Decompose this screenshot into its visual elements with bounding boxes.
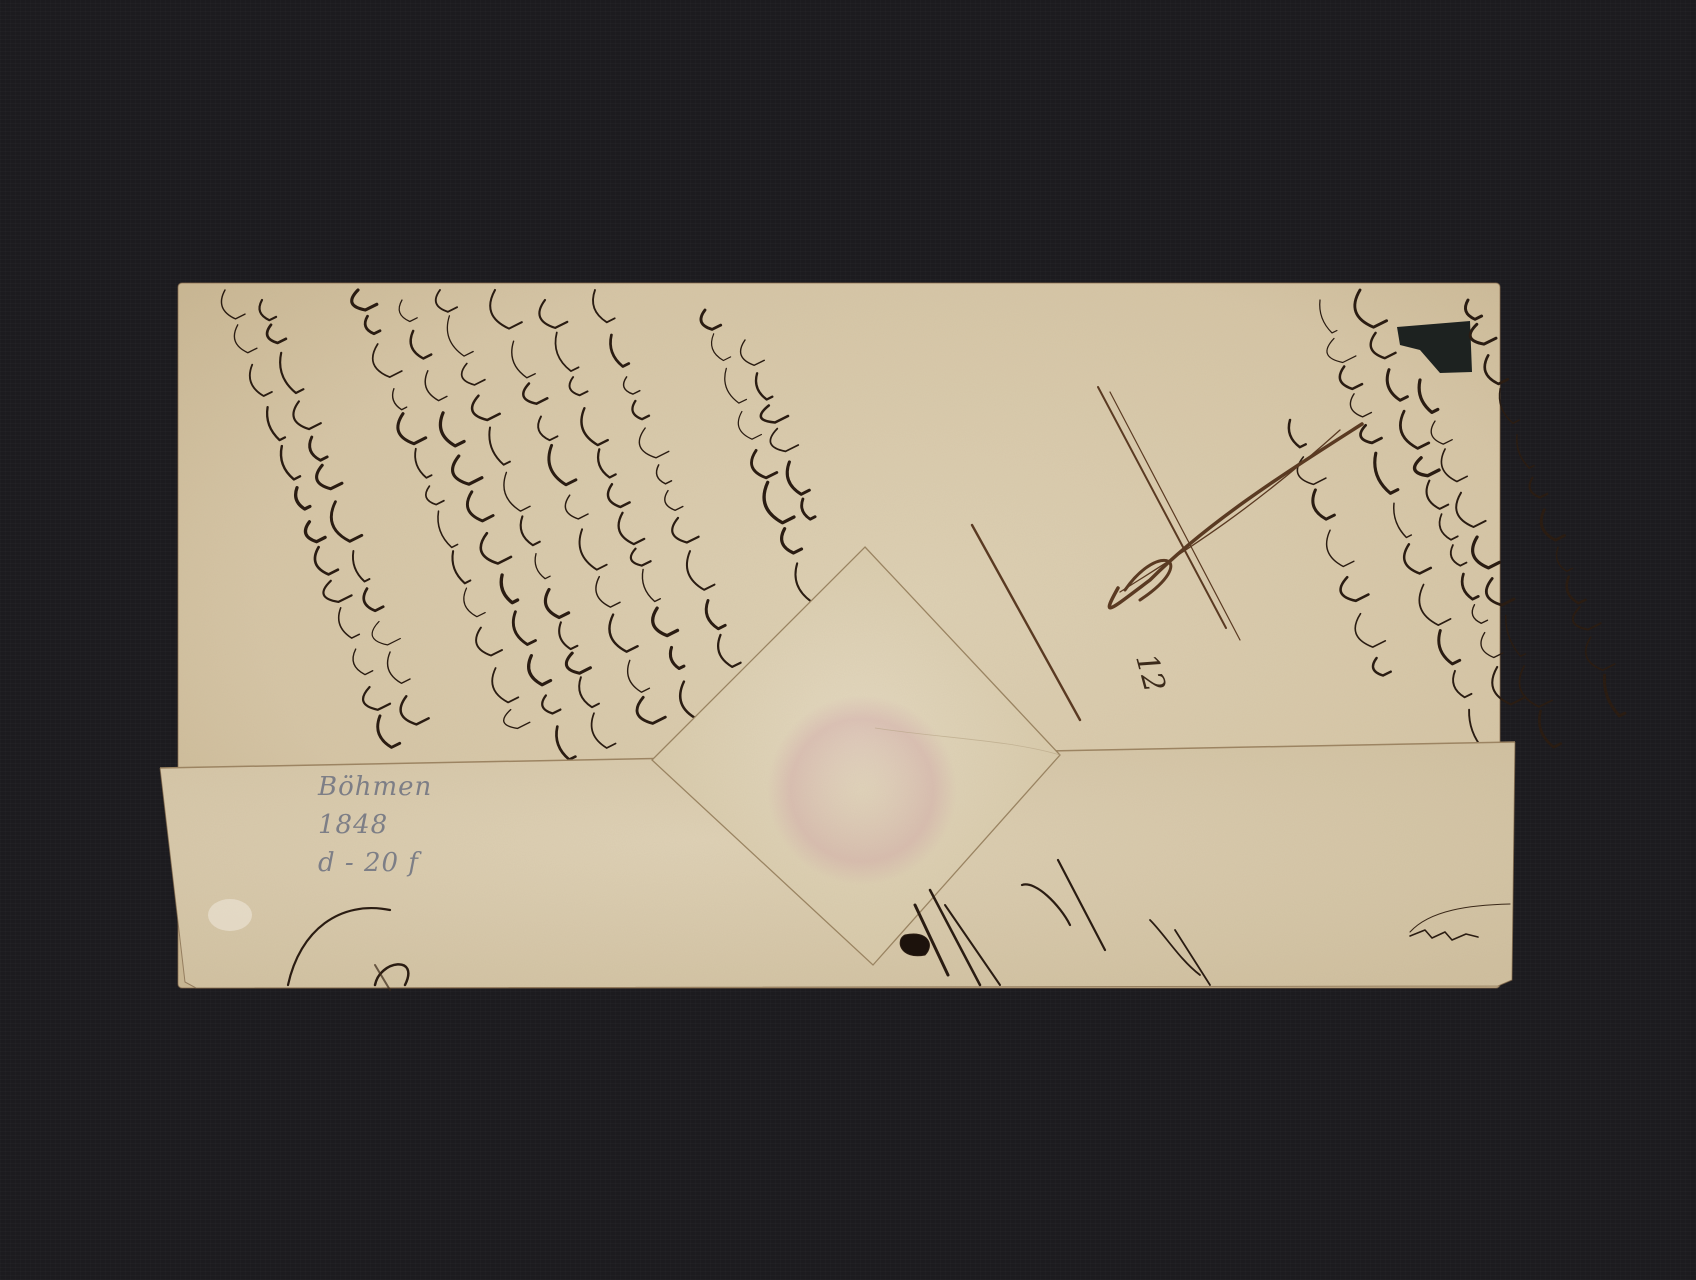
pencil-line-region: Böhmen <box>318 768 432 806</box>
letter-artwork <box>0 0 1696 1280</box>
pencil-line-rate: d - 20 f <box>318 844 432 882</box>
pencil-line-year: 1848 <box>318 806 432 844</box>
seal-impression <box>767 695 957 885</box>
folded-letter: Böhmen 1848 d - 20 f 12 <box>0 0 1696 1280</box>
pencil-annotation: Böhmen 1848 d - 20 f <box>318 768 432 882</box>
